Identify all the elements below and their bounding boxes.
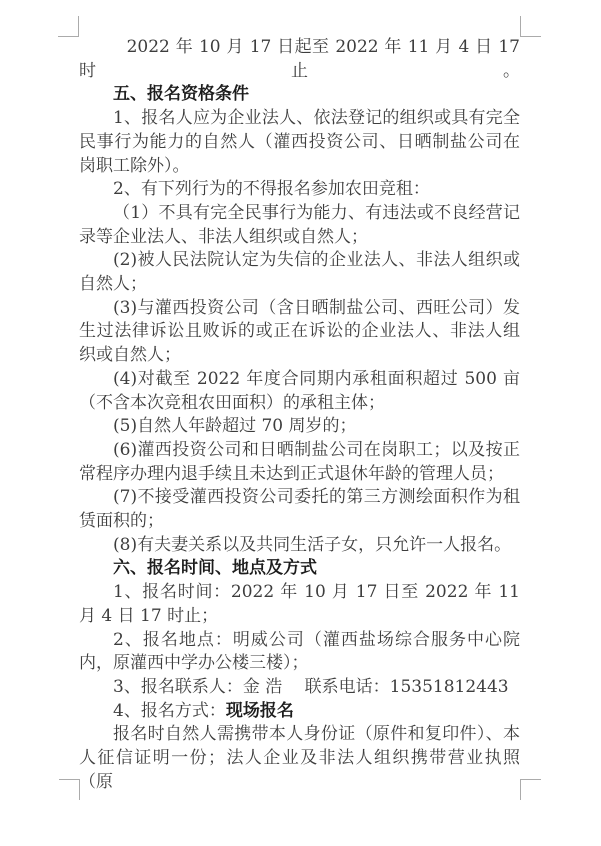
- text-run: 报名时自然人需携带本人身份证（原件和复印件）、本人征信证明一份；法人企业及非法人…: [79, 724, 520, 791]
- paragraph: (8)有夫妻关系以及共同生活子女，只允许一人报名。: [79, 534, 520, 558]
- paragraph: 1、报名人应为企业法人、依法登记的组织或具有完全民事行为能力的自然人（灌西投资公…: [79, 107, 520, 178]
- paragraph: (7)不接受灌西投资公司委托的第三方测绘面积作为租赁面积的；: [79, 486, 520, 533]
- text-run: 4、报名方式：: [113, 701, 226, 721]
- bold-text-run: 现场报名: [226, 701, 294, 721]
- text-boundary-mark-bottom-left: [59, 779, 80, 800]
- paragraph: (4)对截至 2022 年度合同期内承租面积超过 500 亩（不含本次竞租农田面…: [79, 368, 520, 415]
- text-run: (2)被人民法院认定为失信的企业法人、非法人组织或自然人；: [79, 250, 520, 294]
- text-run: (8)有夫妻关系以及共同生活子女，只允许一人报名。: [113, 535, 511, 555]
- text-run: 2、有下列行为的不得报名参加农田竞租：: [113, 179, 430, 199]
- paragraph: 3、报名联系人：金 浩 联系电话：15351812443: [79, 676, 520, 700]
- paragraph: (3)与灌西投资公司（含日晒制盐公司、西旺公司）发生过法律诉讼且败诉的或正在诉讼…: [79, 297, 520, 368]
- text-boundary-mark-top-left: [58, 16, 79, 37]
- paragraph: (6)灌西投资公司和日晒制盐公司在岗职工；以及按正常程序办理内退手续且未达到正式…: [79, 439, 520, 486]
- text-boundary-mark-bottom-right: [520, 779, 541, 800]
- paragraph: 2、报名地点：明威公司（灌西盐场综合服务中心院内，原灌西中学办公楼三楼）；: [79, 629, 520, 676]
- paragraph: 2、有下列行为的不得报名参加农田竞租：: [79, 178, 520, 202]
- paragraph: (2)被人民法院认定为失信的企业法人、非法人组织或自然人；: [79, 249, 520, 296]
- paragraph: 2022 年 10 月 17 日起至 2022 年 11 月 4 日 17 时止…: [79, 36, 520, 83]
- bold-text-run: 五、报名资格条件: [113, 84, 249, 104]
- text-run: (4)对截至 2022 年度合同期内承租面积超过 500 亩（不含本次竞租农田面…: [79, 369, 520, 413]
- document-content: 2022 年 10 月 17 日起至 2022 年 11 月 4 日 17 时止…: [79, 36, 520, 795]
- text-run: 2、报名地点：明威公司（灌西盐场综合服务中心院内，原灌西中学办公楼三楼）；: [79, 630, 520, 674]
- paragraph: （1）不具有完全民事行为能力、有违法或不良经营记录等企业法人、非法人组织或自然人…: [79, 202, 520, 249]
- text-run: 2022 年 10 月 17 日起至 2022 年 11 月 4 日 17 时止…: [79, 37, 520, 81]
- text-run: （1）不具有完全民事行为能力、有违法或不良经营记录等企业法人、非法人组织或自然人…: [79, 203, 520, 247]
- text-run: 3、报名联系人：金 浩 联系电话：15351812443: [113, 677, 509, 697]
- paragraph: 1、报名时间：2022 年 10 月 17 日至 2022 年 11 月 4 日…: [79, 581, 520, 628]
- section-heading: 五、报名资格条件: [79, 83, 520, 107]
- document-page: 2022 年 10 月 17 日起至 2022 年 11 月 4 日 17 时止…: [0, 0, 601, 846]
- section-heading: 六、报名时间、地点及方式: [79, 557, 520, 581]
- paragraph: 4、报名方式：现场报名: [79, 700, 520, 724]
- text-run: (6)灌西投资公司和日晒制盐公司在岗职工；以及按正常程序办理内退手续且未达到正式…: [79, 440, 520, 484]
- bold-text-run: 六、报名时间、地点及方式: [113, 558, 317, 578]
- paragraph: 报名时自然人需携带本人身份证（原件和复印件）、本人征信证明一份；法人企业及非法人…: [79, 723, 520, 794]
- text-run: (5)自然人年龄超过 70 周岁的；: [113, 416, 357, 436]
- text-run: 1、报名人应为企业法人、依法登记的组织或具有完全民事行为能力的自然人（灌西投资公…: [79, 108, 520, 175]
- text-run: 1、报名时间：2022 年 10 月 17 日至 2022 年 11 月 4 日…: [79, 582, 520, 626]
- text-run: (7)不接受灌西投资公司委托的第三方测绘面积作为租赁面积的；: [79, 487, 520, 531]
- text-run: (3)与灌西投资公司（含日晒制盐公司、西旺公司）发生过法律诉讼且败诉的或正在诉讼…: [79, 298, 520, 365]
- text-boundary-mark-top-right: [520, 16, 541, 37]
- paragraph: (5)自然人年龄超过 70 周岁的；: [79, 415, 520, 439]
